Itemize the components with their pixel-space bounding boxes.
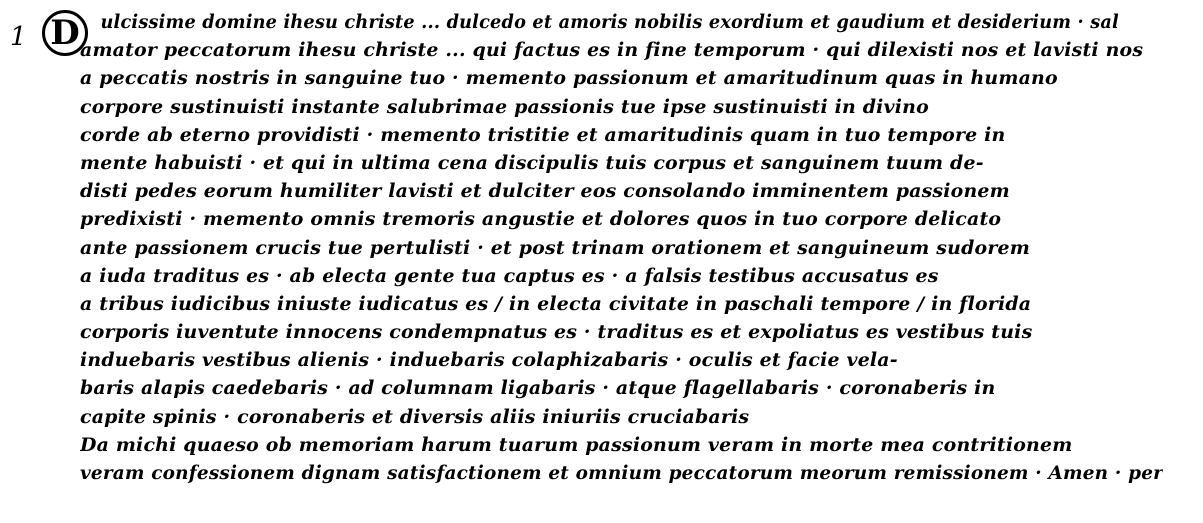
text-line: a tribus iudicibus iniuste iudicatus es … (80, 290, 1190, 318)
margin-number: 1 (10, 22, 27, 52)
text-line: mente habuisti · et qui in ultima cena d… (80, 149, 1190, 177)
text-line: disti pedes eorum humiliter lavisti et d… (80, 177, 1190, 205)
text-line: ante passionem crucis tue pertulisti · e… (80, 234, 1190, 262)
text-line: predixisti · memento omnis tremoris angu… (80, 205, 1190, 233)
text-line: ulcissime domine ihesu christe ... dulce… (80, 8, 1119, 36)
text-line: corde ab eterno providisti · memento tri… (80, 121, 1190, 149)
text-line: a peccatis nostris in sanguine tuo · mem… (80, 64, 1190, 92)
text-line: corporis iuventute innocens condempnatus… (80, 318, 1190, 346)
text-line: a iuda traditus es · ab electa gente tua… (80, 262, 1190, 290)
text-line: baris alapis caedebaris · ad columnam li… (80, 374, 1190, 402)
text-line: capite spinis · coronaberis et diversis … (80, 403, 1190, 431)
manuscript-page: 1 D ulcissime domine ihesu christe ... d… (0, 0, 1203, 523)
text-line: induebaris vestibus alienis · induebaris… (80, 346, 1190, 374)
manuscript-text: ulcissime domine ihesu christe ... dulce… (80, 8, 1195, 487)
text-line: amator peccatorum ihesu christe ... qui … (80, 36, 1190, 64)
text-line: veram confessionem dignam satisfactionem… (80, 459, 1163, 487)
text-line: corpore sustinuisti instante salubrimae … (80, 93, 1190, 121)
text-line: Da michi quaeso ob memoriam harum tuarum… (80, 431, 1190, 459)
